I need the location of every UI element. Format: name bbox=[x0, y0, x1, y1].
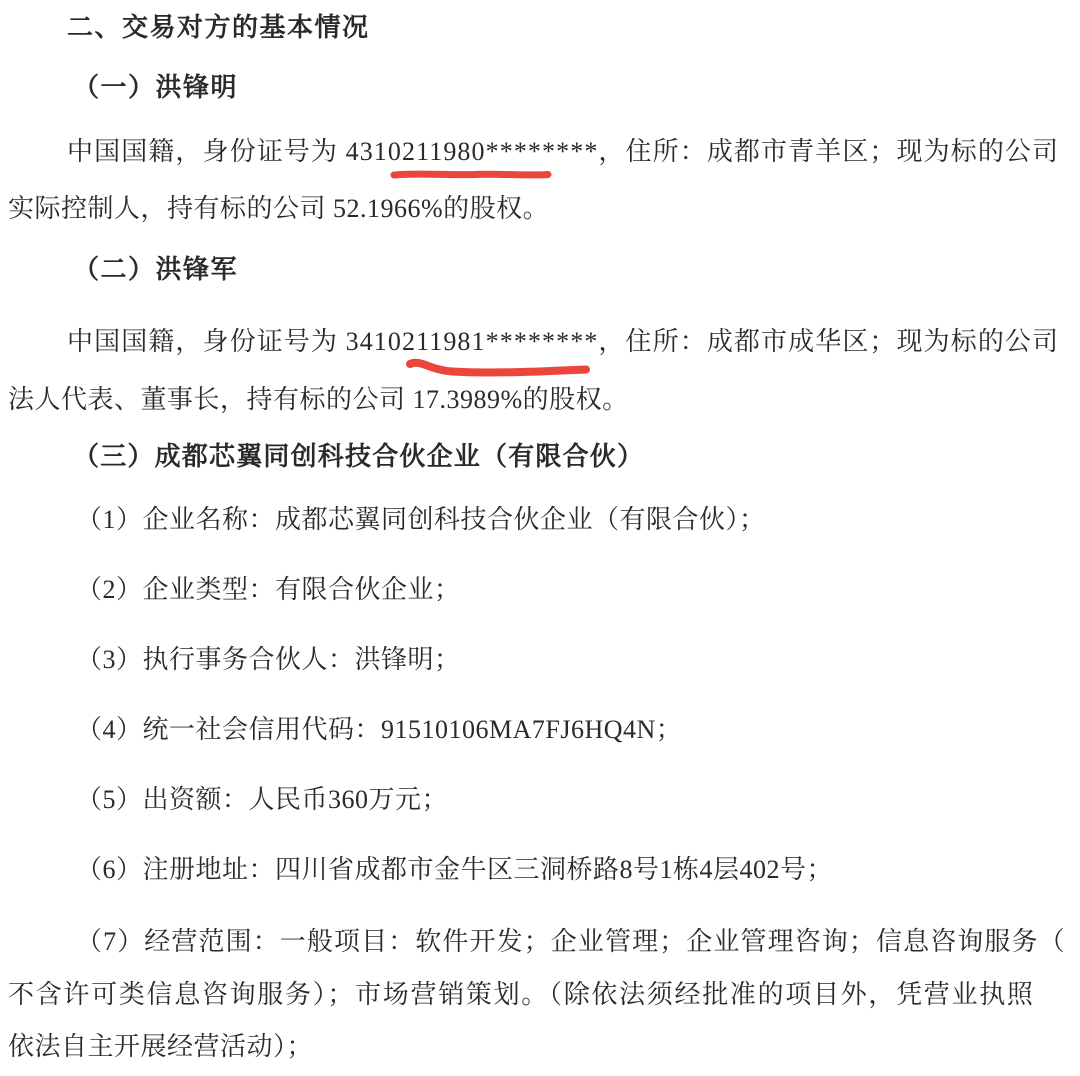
document-page: 二、交易对方的基本情况 （一）洪锋明 中国国籍，身份证号为 4310211980… bbox=[0, 0, 1080, 1076]
item-4-credit-code: （4）统一社会信用代码：91510106MA7FJ6HQ4N； bbox=[76, 714, 682, 746]
section-heading: 二、交易对方的基本情况 bbox=[67, 12, 370, 44]
item-2-company-type: （2）企业类型：有限合伙企业； bbox=[76, 574, 461, 606]
subsection-2-title: （二）洪锋军 bbox=[73, 254, 238, 286]
item-3-executive-partner: （3）执行事务合伙人：洪锋明； bbox=[76, 644, 461, 676]
item-1-company-name: （1）企业名称：成都芯翼同创科技合伙企业（有限合伙）； bbox=[76, 504, 766, 536]
item-7-business-scope-line-3: 依法自主开展经营活动）； bbox=[8, 1031, 313, 1063]
item-6-registered-address: （6）注册地址：四川省成都市金牛区三洞桥路8号1栋4层402号； bbox=[76, 854, 833, 886]
subsection-2-paragraph-line-2: 法人代表、董事长，持有标的公司 17.3989%的股权。 bbox=[8, 384, 629, 416]
subsection-1-title: （一）洪锋明 bbox=[73, 72, 238, 104]
subsection-2-paragraph-line-1: 中国国籍，身份证号为 3410211981********，住所：成都市成华区；… bbox=[67, 326, 1059, 358]
subsection-1-paragraph-line-1: 中国国籍，身份证号为 4310211980********，住所：成都市青羊区；… bbox=[67, 136, 1059, 168]
subsection-3-title: （三）成都芯翼同创科技合伙企业（有限合伙） bbox=[73, 441, 644, 473]
item-7-business-scope-line-2: 不含许可类信息咨询服务）；市场营销策划。（除依法须经批准的项目外，凭营业执照 bbox=[8, 979, 1035, 1011]
item-5-capital: （5）出资额：人民币360万元； bbox=[76, 784, 448, 816]
item-7-business-scope-line-1: （7）经营范围：一般项目：软件开发；企业管理；企业管理咨询；信息咨询服务（ bbox=[76, 926, 1066, 958]
red-underline-annotation-1 bbox=[390, 167, 552, 183]
subsection-1-paragraph-line-2: 实际控制人，持有标的公司 52.1966%的股权。 bbox=[8, 193, 549, 225]
